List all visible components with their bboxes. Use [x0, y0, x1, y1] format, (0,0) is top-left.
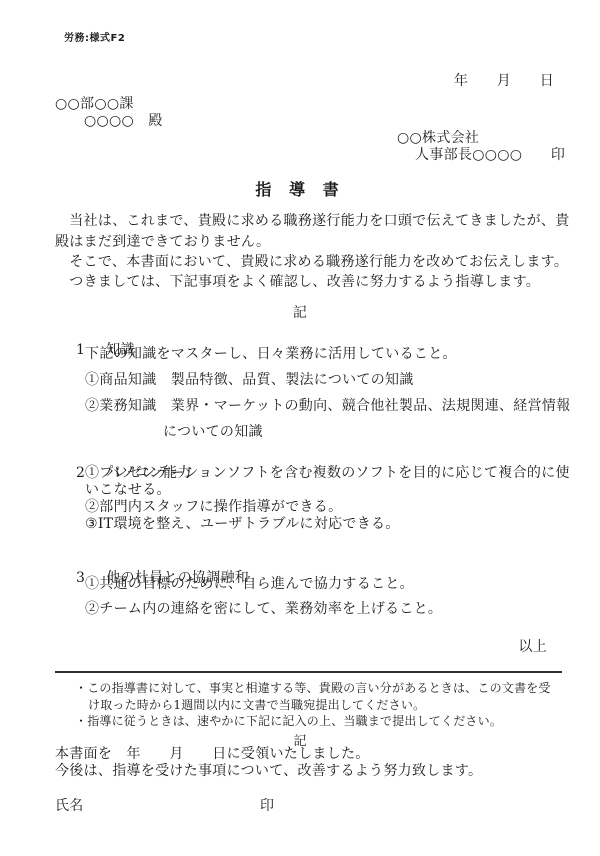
item-line: ①プレゼンテーションソフトを含む複数のソフトを目的に応じて複合的に使: [85, 465, 570, 481]
sender-signature: 人事部長○○○○ 印: [415, 147, 565, 163]
closing-label: 以上: [518, 639, 547, 655]
separator-line: [55, 671, 562, 673]
item-number: 2: [76, 465, 85, 481]
item-line: についての知識: [163, 424, 263, 440]
form-code-label: 労務:様式F2: [64, 29, 125, 44]
item-number: 3: [76, 570, 85, 586]
item-line: いこなせる。: [85, 482, 171, 498]
guidance-document-page: 労務:様式F2 年 月 日 ○○部○○課 ○○○○ 殿 ○○株式会社 人事部長○…: [0, 0, 600, 856]
name-field-label: 氏名: [55, 798, 84, 814]
intro-line: つきましては、下記事項をよく確認し、改善に努力するよう指導します。: [55, 274, 540, 290]
item-line: ①商品知識 製品特徴、品質、製法についての知識: [85, 372, 414, 388]
item-line: ②業務知識 業界・マーケットの動向、競合他社製品、法規関連、経営情報: [85, 398, 571, 414]
recipient-name: ○○○○ 殿: [84, 113, 163, 129]
sender-company: ○○株式会社: [397, 130, 479, 146]
intro-line: そこで、本書面において、貴殿に求める職務遂行能力を改めてお伝えします。: [55, 254, 568, 270]
effort-line: 今後は、指導を受けた事項について、改善するよう努力致します。: [55, 763, 482, 779]
note-line: ・この指導書に対して、事実と相違する等、貴殿の言い分があるときは、この文書を受: [75, 681, 551, 695]
note-line: け取った時から1週間以内に文書で当職宛提出してください。: [88, 698, 425, 712]
date-line: 年 月 日: [454, 73, 554, 89]
item-line: 下記の知識をマスターし、日々業務に活用していること。: [85, 346, 457, 362]
item-line: ②チーム内の連絡を密にして、業務効率を上げること。: [85, 601, 442, 617]
intro-line: 殿はまだ到達できておりません。: [55, 234, 270, 250]
item-line: ③IT環境を整え、ユーザトラブルに対応できる。: [85, 516, 400, 532]
item-number: 1: [76, 342, 85, 358]
item-line: ①共通の目標のために、自ら進んで協力すること。: [85, 576, 414, 592]
seal-field-label: 印: [260, 798, 274, 814]
receipt-line: 本書面を 年 月 日に受領いたしました。: [55, 746, 370, 762]
recipient-department: ○○部○○課: [55, 96, 134, 112]
item-line: ②部門内スタッフに操作指導ができる。: [85, 499, 342, 515]
intro-line: 当社は、これまで、貴殿に求める職務遂行能力を口頭で伝えてきましたが、貴: [55, 213, 570, 229]
record-marker: 記: [0, 305, 600, 321]
document-title: 指 導 書: [0, 177, 600, 200]
note-line: ・指導に従うときは、速やかに下記に記入の上、当職まで提出してください。: [75, 714, 502, 728]
